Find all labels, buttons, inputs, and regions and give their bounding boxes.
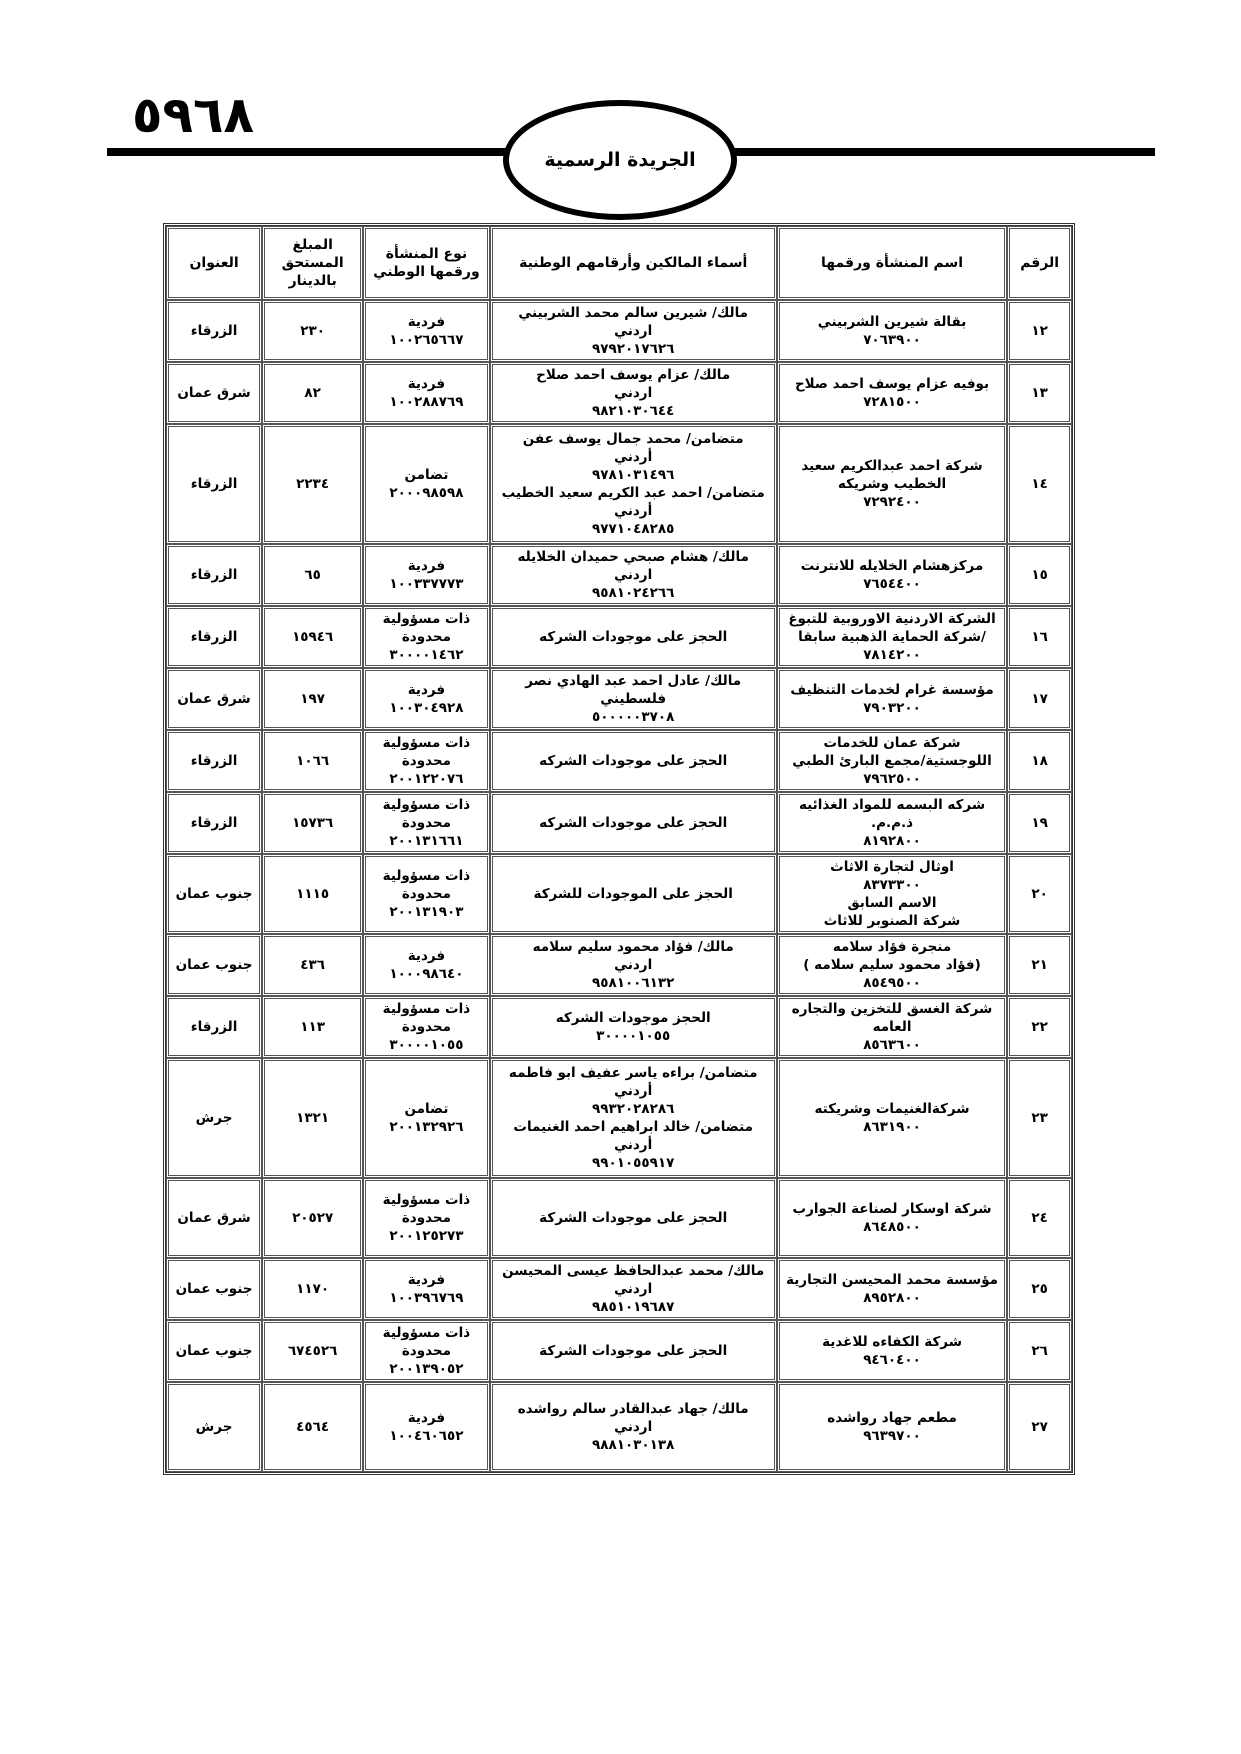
- cell-owners-line: أردني: [496, 1082, 771, 1100]
- cell-type-line: فردية: [369, 313, 483, 331]
- cell-no: ٢٤: [1007, 1178, 1072, 1258]
- cell-amount: ١٠٦٦: [262, 730, 363, 792]
- cell-no: ١٤: [1007, 424, 1072, 544]
- cell-no: ١٦: [1007, 606, 1072, 668]
- cell-no: ١٩: [1007, 792, 1072, 854]
- cell-name-line: شركة الكفاءه للاغدية: [783, 1333, 1002, 1351]
- cell-name: بوفيه عزام يوسف احمد صلاح٧٢٨١٥٠٠: [777, 362, 1008, 424]
- cell-owners-line: ٩٩٠١٠٥٥٩١٧: [496, 1154, 771, 1172]
- cell-type-line: فردية: [369, 681, 483, 699]
- cell-type-line: ذات مسؤولية: [369, 796, 483, 814]
- cell-name-line: شركة الغسق للتخزين والتجاره: [783, 1000, 1002, 1018]
- cell-name-line: ٧٨١٤٢٠٠: [783, 646, 1002, 664]
- cell-no: ١٨: [1007, 730, 1072, 792]
- cell-address: الزرقاء: [166, 300, 262, 362]
- table-row: ١٤شركة احمد عبدالكريم سعيدالخطيب وشريكه٧…: [166, 424, 1072, 544]
- cell-no: ٢٠: [1007, 854, 1072, 934]
- cell-owners-line: ٩٧٩٢٠١٧٦٢٦: [496, 340, 771, 358]
- cell-owners-line: متضامن/ براءه ياسر عفيف ابو فاطمه: [496, 1064, 771, 1082]
- cell-type-line: محدودة: [369, 885, 483, 903]
- cell-address: شرق عمان: [166, 668, 262, 730]
- cell-owners-line: متضامن/ خالد ابراهيم احمد الغنيمات: [496, 1118, 771, 1136]
- cell-address: الزرقاء: [166, 606, 262, 668]
- cell-name-line: /شركة الحماية الذهبية سابقا: [783, 628, 1002, 646]
- cell-amount: ١١٧٠: [262, 1258, 363, 1320]
- cell-name-line: شركة عمان للخدمات: [783, 734, 1002, 752]
- cell-amount: ٢٢٣٤: [262, 424, 363, 544]
- header-amount: المبلغ المستحق بالدينار: [262, 226, 363, 300]
- cell-no: ٢١: [1007, 934, 1072, 996]
- header-address: العنوان: [166, 226, 262, 300]
- cell-name-line: بقالة شيرين الشربيني: [783, 313, 1002, 331]
- cell-type-line: ١٠٠٢٦٥٦٦٧: [369, 331, 483, 349]
- cell-name-line: ٨٩٥٢٨٠٠: [783, 1289, 1002, 1307]
- cell-name-line: شركه البسمه للمواد الغذائيه: [783, 796, 1002, 814]
- cell-name-line: منجرة فؤاد سلامه: [783, 938, 1002, 956]
- table-row: ٢٧مطعم جهاد رواشده٩٦٣٩٧٠٠مالك/ جهاد عبدا…: [166, 1382, 1072, 1472]
- gazette-title: الجريدة الرسمية: [544, 149, 695, 171]
- table-row: ١٣بوفيه عزام يوسف احمد صلاح٧٢٨١٥٠٠مالك/ …: [166, 362, 1072, 424]
- cell-owners-line: الحجز على موجودات الشركة: [496, 1209, 771, 1227]
- cell-no: ١٧: [1007, 668, 1072, 730]
- cell-owners: مالك/ هشام صبحي حميدان الخلايلهاردني٩٥٨١…: [490, 544, 777, 606]
- cell-name: شركه البسمه للمواد الغذائيهذ.م.م.٨١٩٢٨٠٠: [777, 792, 1008, 854]
- cell-type-line: ذات مسؤولية: [369, 734, 483, 752]
- cell-owners-line: أردني: [496, 448, 771, 466]
- cell-name-line: شركة الصنوبر للاثاث: [783, 912, 1002, 930]
- cell-type: ذات مسؤوليةمحدودة٢٠٠١٣٩٠٥٢: [363, 1320, 489, 1382]
- cell-type-line: ٢٠٠١٣١٩٠٣: [369, 903, 483, 921]
- cell-type: ذات مسؤوليةمحدودة٢٠٠١٢٥٢٧٣: [363, 1178, 489, 1258]
- cell-type-line: ١٠٠٠٩٨٦٤٠: [369, 965, 483, 983]
- cell-address: جنوب عمان: [166, 854, 262, 934]
- cell-owners-line: الحجز موجودات الشركه: [496, 1009, 771, 1027]
- cell-type: فردية١٠٠٣٩٦٧٦٩: [363, 1258, 489, 1320]
- cell-owners-line: أردني: [496, 502, 771, 520]
- cell-owners-line: مالك/ محمد عبدالحافظ عيسى المحيسن: [496, 1262, 771, 1280]
- cell-name-line: الاسم السابق: [783, 894, 1002, 912]
- cell-name: اوثال لتجارة الاثاث٨٣٧٣٣٠٠الاسم السابقشر…: [777, 854, 1008, 934]
- cell-name-line: مطعم جهاد رواشده: [783, 1409, 1002, 1427]
- header-no: الرقم: [1007, 226, 1072, 300]
- cell-owners-line: مالك/ فؤاد محمود سليم سلامه: [496, 938, 771, 956]
- cell-type-line: ١٠٠٣٠٤٩٢٨: [369, 699, 483, 717]
- cell-name-line: ٨٦٤٨٥٠٠: [783, 1218, 1002, 1236]
- cell-owners-line: ٩٧٨١٠٣١٤٩٦: [496, 466, 771, 484]
- cell-type: تضامن٢٠٠١٣٢٩٢٦: [363, 1058, 489, 1178]
- cell-type-line: محدودة: [369, 1342, 483, 1360]
- cell-no: ٢٥: [1007, 1258, 1072, 1320]
- cell-type-line: ذات مسؤولية: [369, 1191, 483, 1209]
- cell-name-line: ٧٩٦٢٥٠٠: [783, 770, 1002, 788]
- cell-owners-line: اردني: [496, 1418, 771, 1436]
- cell-type-line: محدودة: [369, 1209, 483, 1227]
- cell-amount: ١٥٩٤٦: [262, 606, 363, 668]
- cell-owners-line: متضامن/ احمد عبد الكريم سعيد الخطيب: [496, 484, 771, 502]
- cell-type: ذات مسؤوليةمحدودة٣٠٠٠٠١٠٥٥: [363, 996, 489, 1058]
- cell-type-line: محدودة: [369, 628, 483, 646]
- cell-amount: ٦٥: [262, 544, 363, 606]
- cell-owners: الحجز على موجودات الشركه: [490, 792, 777, 854]
- cell-name: الشركة الاردنية الاوروبية للتبوغ/شركة ال…: [777, 606, 1008, 668]
- cell-address: جنوب عمان: [166, 1258, 262, 1320]
- table-row: ٢١منجرة فؤاد سلامه(فؤاد محمود سليم سلامه…: [166, 934, 1072, 996]
- cell-name-line: اللوجستية/مجمع البارئ الطبي: [783, 752, 1002, 770]
- cell-name-line: ٧٠٦٣٩٠٠: [783, 331, 1002, 349]
- cell-no: ٢٦: [1007, 1320, 1072, 1382]
- cell-type-line: فردية: [369, 1271, 483, 1289]
- cell-name-line: ٨٥٤٩٥٠٠: [783, 974, 1002, 992]
- cell-owners-line: اردني: [496, 956, 771, 974]
- cell-address: الزرقاء: [166, 730, 262, 792]
- cell-name: بقالة شيرين الشربيني٧٠٦٣٩٠٠: [777, 300, 1008, 362]
- header-name: اسم المنشأة ورقمها: [777, 226, 1008, 300]
- cell-type-line: ٢٠٠١٣٩٠٥٢: [369, 1360, 483, 1378]
- cell-name: شركة عمان للخدماتاللوجستية/مجمع البارئ ا…: [777, 730, 1008, 792]
- cell-owners-line: مالك/ عادل احمد عبد الهادي نصر: [496, 672, 771, 690]
- cell-type-line: محدودة: [369, 1018, 483, 1036]
- cell-owners-line: ٩٩٣٢٠٢٨٢٨٦: [496, 1100, 771, 1118]
- cell-type-line: ذات مسؤولية: [369, 1000, 483, 1018]
- table-row: ٢٢شركة الغسق للتخزين والتجارهالعامه٨٥٦٣٦…: [166, 996, 1072, 1058]
- cell-type-line: ذات مسؤولية: [369, 610, 483, 628]
- cell-owners: الحجز على موجودات الشركه: [490, 730, 777, 792]
- cell-owners: مالك/ فؤاد محمود سليم سلامهاردني٩٥٨١٠٠٦١…: [490, 934, 777, 996]
- cell-type-line: محدودة: [369, 752, 483, 770]
- cell-type-line: تضامن: [369, 1100, 483, 1118]
- cell-type-line: ١٠٠٣٩٦٧٦٩: [369, 1289, 483, 1307]
- cell-name: شركة اوسكار لصناعة الجوارب٨٦٤٨٥٠٠: [777, 1178, 1008, 1258]
- cell-amount: ٤٥٦٤: [262, 1382, 363, 1472]
- cell-owners-line: اردني: [496, 566, 771, 584]
- cell-amount: ١٣٢١: [262, 1058, 363, 1178]
- cell-owners-line: الحجز على الموجودات للشركة: [496, 885, 771, 903]
- cell-owners-line: فلسطيني: [496, 690, 771, 708]
- cell-type: ذات مسؤوليةمحدودة٢٠٠١٣١٦٦١: [363, 792, 489, 854]
- cell-owners-line: ٩٥٨١٠٢٤٢٦٦: [496, 584, 771, 602]
- cell-type-line: فردية: [369, 557, 483, 575]
- cell-name-line: ٨٣٧٣٣٠٠: [783, 876, 1002, 894]
- cell-owners-line: اردني: [496, 322, 771, 340]
- cell-owners: متضامن/ محمد جمال يوسف عفنأردني٩٧٨١٠٣١٤٩…: [490, 424, 777, 544]
- table-row: ٢٥مؤسسة محمد المحيسن التجارية٨٩٥٢٨٠٠مالك…: [166, 1258, 1072, 1320]
- cell-name: منجرة فؤاد سلامه(فؤاد محمود سليم سلامه )…: [777, 934, 1008, 996]
- cell-owners: مالك/ عادل احمد عبد الهادي نصرفلسطيني٥٠٠…: [490, 668, 777, 730]
- cell-address: الزرقاء: [166, 544, 262, 606]
- cell-owners-line: الحجز على موجودات الشركه: [496, 752, 771, 770]
- cell-amount: ١١٣: [262, 996, 363, 1058]
- cell-type-line: فردية: [369, 1409, 483, 1427]
- cell-owners: الحجز على موجودات الشركة: [490, 1320, 777, 1382]
- cell-type-line: ذات مسؤولية: [369, 1324, 483, 1342]
- cell-amount: ٤٣٦: [262, 934, 363, 996]
- cell-address: جنوب عمان: [166, 934, 262, 996]
- cell-owners: الحجز موجودات الشركه٣٠٠٠٠١٠٥٥: [490, 996, 777, 1058]
- cell-name-line: (فؤاد محمود سليم سلامه ): [783, 956, 1002, 974]
- cell-type-line: محدودة: [369, 814, 483, 832]
- cell-owners-line: اردني: [496, 384, 771, 402]
- cell-amount: ٨٢: [262, 362, 363, 424]
- cell-name-line: العامه: [783, 1018, 1002, 1036]
- cell-owners: الحجز على موجودات الشركة: [490, 1178, 777, 1258]
- cell-name-line: ٧٢٩٢٤٠٠: [783, 493, 1002, 511]
- cell-address: شرق عمان: [166, 362, 262, 424]
- cell-owners: مالك/ محمد عبدالحافظ عيسى المحيسناردني٩٨…: [490, 1258, 777, 1320]
- cell-owners: الحجز على موجودات الشركه: [490, 606, 777, 668]
- page-number: ٥٩٦٨: [132, 86, 254, 144]
- header-type: نوع المنشأة ورقمها الوطني: [363, 226, 489, 300]
- cell-owners-line: مالك/ هشام صبحي حميدان الخلايله: [496, 548, 771, 566]
- cell-no: ٢٢: [1007, 996, 1072, 1058]
- cell-name-line: مؤسسة غرام لخدمات التنظيف: [783, 681, 1002, 699]
- gazette-title-oval: الجريدة الرسمية: [503, 100, 737, 220]
- establishments-table: الرقم اسم المنشأة ورقمها أسماء المالكين …: [163, 223, 1075, 1475]
- table-row: ١٢بقالة شيرين الشربيني٧٠٦٣٩٠٠مالك/ شيرين…: [166, 300, 1072, 362]
- cell-type-line: ١٠٠٤٦٠٦٥٢: [369, 1427, 483, 1445]
- cell-no: ١٥: [1007, 544, 1072, 606]
- cell-owners: مالك/ شيرين سالم محمد الشربينياردني٩٧٩٢٠…: [490, 300, 777, 362]
- cell-type-line: ١٠٠٢٨٨٧٦٩: [369, 393, 483, 411]
- cell-no: ٢٣: [1007, 1058, 1072, 1178]
- cell-owners-line: ٣٠٠٠٠١٠٥٥: [496, 1027, 771, 1045]
- cell-owners: مالك/ جهاد عبدالقادر سالم رواشدهاردني٩٨٨…: [490, 1382, 777, 1472]
- cell-type: ذات مسؤوليةمحدودة٢٠٠١٣١٩٠٣: [363, 854, 489, 934]
- cell-amount: ٦٧٤٥٢٦: [262, 1320, 363, 1382]
- cell-owners-line: الحجز على موجودات الشركة: [496, 1342, 771, 1360]
- cell-type: فردية١٠٠٣٣٧٧٧٣: [363, 544, 489, 606]
- cell-owners-line: أردني: [496, 1136, 771, 1154]
- cell-address: الزرقاء: [166, 424, 262, 544]
- cell-amount: ١٩٧: [262, 668, 363, 730]
- cell-amount: ٢٠٥٢٧: [262, 1178, 363, 1258]
- cell-name-line: ٩٤٦٠٤٠٠: [783, 1351, 1002, 1369]
- table-row: ٢٤شركة اوسكار لصناعة الجوارب٨٦٤٨٥٠٠الحجز…: [166, 1178, 1072, 1258]
- cell-type: ذات مسؤوليةمحدودة٣٠٠٠٠١٤٦٢: [363, 606, 489, 668]
- cell-owners-line: الحجز على موجودات الشركه: [496, 628, 771, 646]
- cell-type: ذات مسؤوليةمحدودة٢٠٠١٢٢٠٧٦: [363, 730, 489, 792]
- cell-name: مؤسسة غرام لخدمات التنظيف٧٩٠٣٢٠٠: [777, 668, 1008, 730]
- cell-name: مركزهشام الخلايله للانترنت٧٦٥٤٤٠٠: [777, 544, 1008, 606]
- cell-address: جرش: [166, 1382, 262, 1472]
- cell-name-line: ٨١٩٢٨٠٠: [783, 832, 1002, 850]
- cell-type-line: ٢٠٠٠٩٨٥٩٨: [369, 484, 483, 502]
- cell-owners-line: مالك/ جهاد عبدالقادر سالم رواشده: [496, 1400, 771, 1418]
- cell-name-line: ٧٢٨١٥٠٠: [783, 393, 1002, 411]
- cell-address: الزرقاء: [166, 792, 262, 854]
- cell-name-line: ذ.م.م.: [783, 814, 1002, 832]
- table-row: ١٥مركزهشام الخلايله للانترنت٧٦٥٤٤٠٠مالك/…: [166, 544, 1072, 606]
- cell-owners: مالك/ عزام يوسف احمد صلاحاردني٩٨٢١٠٣٠٦٤٤: [490, 362, 777, 424]
- table-body: ١٢بقالة شيرين الشربيني٧٠٦٣٩٠٠مالك/ شيرين…: [166, 300, 1072, 1472]
- cell-address: الزرقاء: [166, 996, 262, 1058]
- cell-address: شرق عمان: [166, 1178, 262, 1258]
- cell-owners: متضامن/ براءه ياسر عفيف ابو فاطمهأردني٩٩…: [490, 1058, 777, 1178]
- cell-owners-line: الحجز على موجودات الشركه: [496, 814, 771, 832]
- cell-owners-line: مالك/ شيرين سالم محمد الشربيني: [496, 304, 771, 322]
- table-row: ٢٦شركة الكفاءه للاغدية٩٤٦٠٤٠٠الحجز على م…: [166, 1320, 1072, 1382]
- table-row: ٢٣شركةالغنيمات وشريكته٨٦٣١٩٠٠متضامن/ برا…: [166, 1058, 1072, 1178]
- cell-amount: ١١١٥: [262, 854, 363, 934]
- cell-name: شركة الكفاءه للاغدية٩٤٦٠٤٠٠: [777, 1320, 1008, 1382]
- cell-type-line: ٢٠٠١٢٥٢٧٣: [369, 1227, 483, 1245]
- table-row: ١٩شركه البسمه للمواد الغذائيهذ.م.م.٨١٩٢٨…: [166, 792, 1072, 854]
- cell-no: ١٢: [1007, 300, 1072, 362]
- cell-type-line: ٢٠٠١٣٢٩٢٦: [369, 1118, 483, 1136]
- cell-name: شركة الغسق للتخزين والتجارهالعامه٨٥٦٣٦٠٠: [777, 996, 1008, 1058]
- cell-name: مطعم جهاد رواشده٩٦٣٩٧٠٠: [777, 1382, 1008, 1472]
- cell-no: ٢٧: [1007, 1382, 1072, 1472]
- cell-name-line: مؤسسة محمد المحيسن التجارية: [783, 1271, 1002, 1289]
- cell-type: تضامن٢٠٠٠٩٨٥٩٨: [363, 424, 489, 544]
- cell-type: فردية١٠٠٤٦٠٦٥٢: [363, 1382, 489, 1472]
- cell-owners-line: ٩٨٢١٠٣٠٦٤٤: [496, 402, 771, 420]
- cell-amount: ١٥٧٣٦: [262, 792, 363, 854]
- cell-name-line: الخطيب وشريكه: [783, 475, 1002, 493]
- table-row: ١٨شركة عمان للخدماتاللوجستية/مجمع البارئ…: [166, 730, 1072, 792]
- cell-type-line: ١٠٠٣٣٧٧٧٣: [369, 575, 483, 593]
- cell-type: فردية١٠٠٣٠٤٩٢٨: [363, 668, 489, 730]
- cell-name-line: شركة اوسكار لصناعة الجوارب: [783, 1200, 1002, 1218]
- cell-owners-line: ٥٠٠٠٠٠٣٧٠٨: [496, 708, 771, 726]
- cell-type-line: ٢٠٠١٢٢٠٧٦: [369, 770, 483, 788]
- cell-name-line: ٩٦٣٩٧٠٠: [783, 1427, 1002, 1445]
- cell-owners-line: ٩٨٥١٠١٩٦٨٧: [496, 1298, 771, 1316]
- cell-name-line: شركة احمد عبدالكريم سعيد: [783, 457, 1002, 475]
- cell-owners-line: متضامن/ محمد جمال يوسف عفن: [496, 430, 771, 448]
- cell-type-line: فردية: [369, 375, 483, 393]
- cell-name-line: مركزهشام الخلايله للانترنت: [783, 557, 1002, 575]
- cell-name: شركة احمد عبدالكريم سعيدالخطيب وشريكه٧٢٩…: [777, 424, 1008, 544]
- cell-type: فردية١٠٠٠٩٨٦٤٠: [363, 934, 489, 996]
- table-row: ١٧مؤسسة غرام لخدمات التنظيف٧٩٠٣٢٠٠مالك/ …: [166, 668, 1072, 730]
- table-header-row: الرقم اسم المنشأة ورقمها أسماء المالكين …: [166, 226, 1072, 300]
- cell-owners: الحجز على الموجودات للشركة: [490, 854, 777, 934]
- cell-type-line: تضامن: [369, 466, 483, 484]
- table-row: ١٦الشركة الاردنية الاوروبية للتبوغ/شركة …: [166, 606, 1072, 668]
- cell-name: مؤسسة محمد المحيسن التجارية٨٩٥٢٨٠٠: [777, 1258, 1008, 1320]
- cell-type: فردية١٠٠٢٨٨٧٦٩: [363, 362, 489, 424]
- cell-type-line: ٣٠٠٠٠١٤٦٢: [369, 646, 483, 664]
- cell-name-line: اوثال لتجارة الاثاث: [783, 858, 1002, 876]
- header-owners: أسماء المالكين وأرقامهم الوطنية: [490, 226, 777, 300]
- cell-name-line: ٧٩٠٣٢٠٠: [783, 699, 1002, 717]
- cell-type-line: ٢٠٠١٣١٦٦١: [369, 832, 483, 850]
- cell-no: ١٣: [1007, 362, 1072, 424]
- cell-name-line: شركةالغنيمات وشريكته: [783, 1100, 1002, 1118]
- cell-amount: ٢٣٠: [262, 300, 363, 362]
- cell-name-line: ٨٥٦٣٦٠٠: [783, 1036, 1002, 1054]
- cell-name-line: ٧٦٥٤٤٠٠: [783, 575, 1002, 593]
- cell-name-line: الشركة الاردنية الاوروبية للتبوغ: [783, 610, 1002, 628]
- cell-address: جنوب عمان: [166, 1320, 262, 1382]
- cell-type-line: ٣٠٠٠٠١٠٥٥: [369, 1036, 483, 1054]
- cell-owners-line: ٩٧٧١٠٤٨٢٨٥: [496, 520, 771, 538]
- cell-owners-line: ٩٥٨١٠٠٦١٣٢: [496, 974, 771, 992]
- table-row: ٢٠اوثال لتجارة الاثاث٨٣٧٣٣٠٠الاسم السابق…: [166, 854, 1072, 934]
- cell-type-line: فردية: [369, 947, 483, 965]
- cell-address: جرش: [166, 1058, 262, 1178]
- cell-name: شركةالغنيمات وشريكته٨٦٣١٩٠٠: [777, 1058, 1008, 1178]
- cell-owners-line: اردني: [496, 1280, 771, 1298]
- cell-owners-line: ٩٨٨١٠٣٠١٣٨: [496, 1436, 771, 1454]
- cell-type-line: ذات مسؤولية: [369, 867, 483, 885]
- cell-owners-line: مالك/ عزام يوسف احمد صلاح: [496, 366, 771, 384]
- cell-name-line: بوفيه عزام يوسف احمد صلاح: [783, 375, 1002, 393]
- cell-name-line: ٨٦٣١٩٠٠: [783, 1118, 1002, 1136]
- cell-type: فردية١٠٠٢٦٥٦٦٧: [363, 300, 489, 362]
